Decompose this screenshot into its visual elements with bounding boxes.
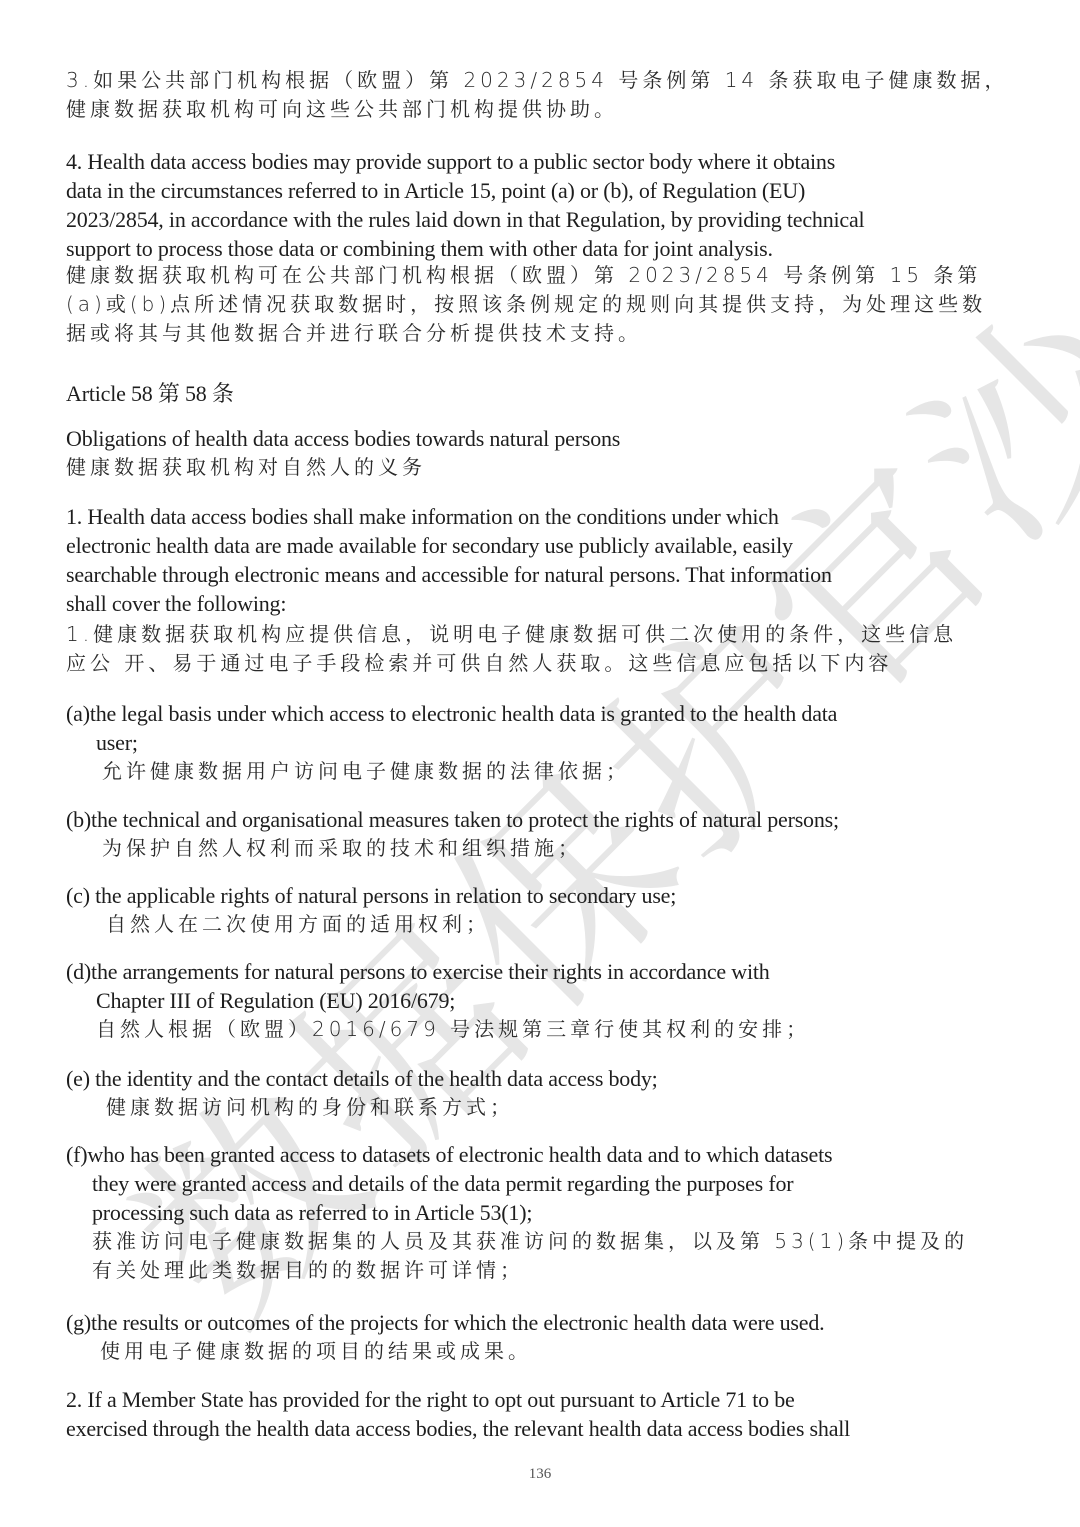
text-line: 1. Health data access bodies shall make … (66, 502, 1026, 531)
paragraph-4-zh: 健康数据获取机构可在公共部门机构根据（欧盟）第 2023/2854 号条例第 1… (66, 261, 1026, 348)
article-title-en: Obligations of health data access bodies… (66, 424, 1026, 453)
text-line: 允许健康数据用户访问电子健康数据的法律依据； (102, 757, 1026, 786)
text-line: 据或将其与其他数据合并进行联合分析提供技术支持。 (66, 319, 1026, 348)
text-line: processing such data as referred to in A… (66, 1198, 1026, 1227)
list-item-g: (g)the results or outcomes of the projec… (66, 1308, 1026, 1366)
text-line: searchable through electronic means and … (66, 560, 1026, 589)
text-line: 使用电子健康数据的项目的结果或成果。 (100, 1337, 1026, 1366)
paragraph-2-en: 2. If a Member State has provided for th… (66, 1385, 1026, 1443)
text-line: 健康数据获取机构对自然人的义务 (66, 453, 1026, 482)
text-line: (c) the applicable rights of natural per… (66, 881, 1026, 910)
text-line: 2. If a Member State has provided for th… (66, 1385, 1026, 1414)
text-line: data in the circumstances referred to in… (66, 176, 1026, 205)
article-heading: Article 58 第 58 条 (66, 379, 1026, 408)
page-number: 136 (0, 1466, 1080, 1483)
text-line: (a)the legal basis under which access to… (66, 699, 1026, 728)
list-item-f: (f)who has been granted access to datase… (66, 1140, 1026, 1285)
text-line: 健康数据获取机构可向这些公共部门机构提供协助。 (66, 95, 1026, 124)
text-line: Obligations of health data access bodies… (66, 424, 1026, 453)
text-line: electronic health data are made availabl… (66, 531, 1026, 560)
text-line: 自然人根据（欧盟）2016/679 号法规第三章行使其权利的安排； (96, 1015, 1026, 1044)
text-line: (d)the arrangements for natural persons … (66, 957, 1026, 986)
paragraph-3-zh: 3.如果公共部门机构根据（欧盟）第 2023/2854 号条例第 14 条获取电… (66, 66, 1026, 124)
paragraph-1-en: 1. Health data access bodies shall make … (66, 502, 1026, 618)
text-line: (b)the technical and organisational meas… (66, 805, 1026, 834)
text-line: 3.如果公共部门机构根据（欧盟）第 2023/2854 号条例第 14 条获取电… (66, 66, 1026, 95)
paragraph-4-en: 4. Health data access bodies may provide… (66, 147, 1026, 263)
text-line: Chapter III of Regulation (EU) 2016/679; (66, 986, 1026, 1015)
text-line: (g)the results or outcomes of the projec… (66, 1308, 1026, 1337)
text-line: 为保护自然人权利而采取的技术和组织措施； (102, 834, 1026, 863)
text-line: 获准访问电子健康数据集的人员及其获准访问的数据集，以及第 53(1)条中提及的 (92, 1227, 1026, 1256)
text-line: 应公 开、易于通过电子手段检索并可供自然人获取。这些信息应包括以下内容 (66, 649, 1026, 678)
list-item-a: (a)the legal basis under which access to… (66, 699, 1026, 786)
text-line: user; (66, 728, 1026, 757)
list-item-e: (e) the identity and the contact details… (66, 1064, 1026, 1122)
text-line: exercised through the health data access… (66, 1414, 1026, 1443)
list-item-b: (b)the technical and organisational meas… (66, 805, 1026, 863)
list-item-d: (d)the arrangements for natural persons … (66, 957, 1026, 1044)
text-line: they were granted access and details of … (66, 1169, 1026, 1198)
text-line: 健康数据访问机构的身份和联系方式； (106, 1093, 1026, 1122)
text-line: Article 58 第 58 条 (66, 379, 1026, 408)
paragraph-1-zh: 1.健康数据获取机构应提供信息，说明电子健康数据可供二次使用的条件，这些信息 应… (66, 620, 1026, 678)
list-item-c: (c) the applicable rights of natural per… (66, 881, 1026, 939)
text-line: 健康数据获取机构可在公共部门机构根据（欧盟）第 2023/2854 号条例第 1… (66, 261, 1026, 290)
text-line: 有关处理此类数据目的的数据许可详情； (92, 1256, 1026, 1285)
text-line: shall cover the following: (66, 589, 1026, 618)
text-line: 2023/2854, in accordance with the rules … (66, 205, 1026, 234)
text-line: (e) the identity and the contact details… (66, 1064, 1026, 1093)
text-line: 4. Health data access bodies may provide… (66, 147, 1026, 176)
text-line: support to process those data or combini… (66, 234, 1026, 263)
article-title-zh: 健康数据获取机构对自然人的义务 (66, 453, 1026, 482)
text-line: 自然人在二次使用方面的适用权利； (106, 910, 1026, 939)
text-line: 1.健康数据获取机构应提供信息，说明电子健康数据可供二次使用的条件，这些信息 (66, 620, 1026, 649)
text-line: (a)或(b)点所述情况获取数据时，按照该条例规定的规则向其提供支持，为处理这些… (66, 290, 1026, 319)
text-line: (f)who has been granted access to datase… (66, 1140, 1026, 1169)
